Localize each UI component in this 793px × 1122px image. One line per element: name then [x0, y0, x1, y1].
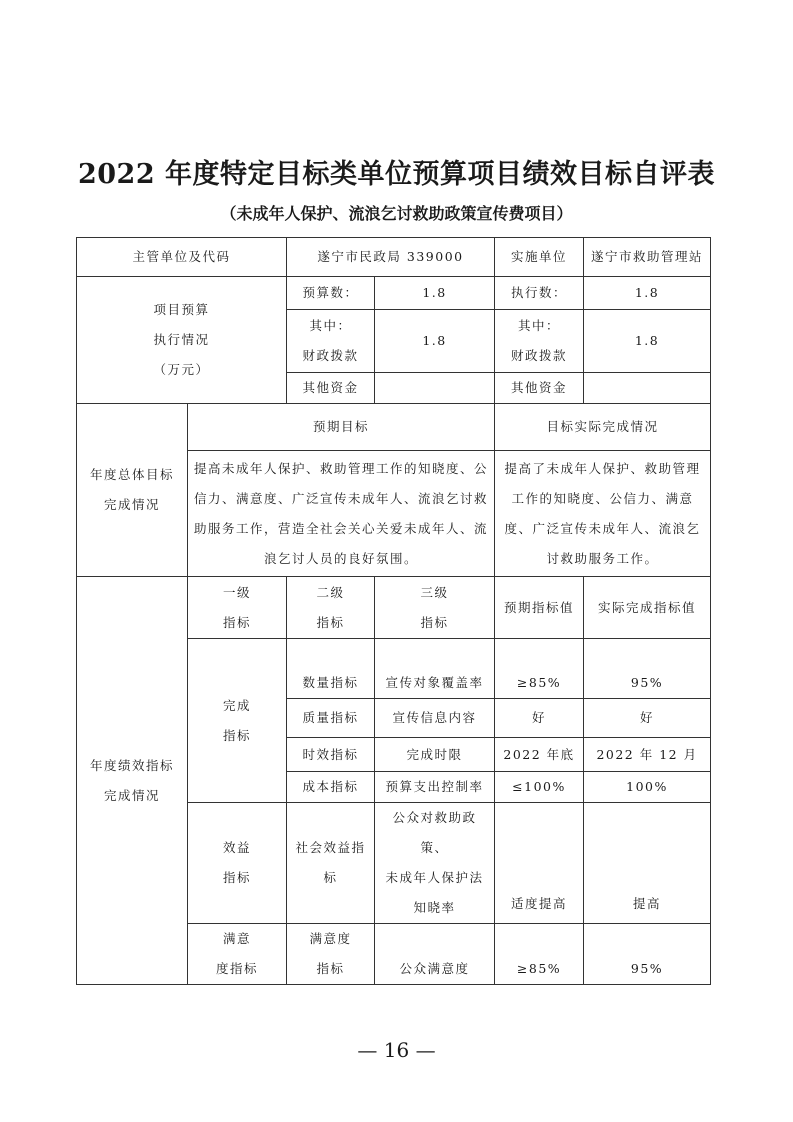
level3-cell: 公众满意度 [375, 924, 495, 985]
level2-line: 标 [291, 863, 370, 893]
overall-goal-label-line: 年度总体目标 [81, 460, 183, 490]
other-budget-label: 其他资金 [287, 373, 375, 404]
header-line: 指标 [379, 608, 490, 638]
level1-satisfaction: 满意 度指标 [188, 924, 287, 985]
level1-line: 满意 [192, 924, 282, 954]
expected-cell: 好 [495, 699, 584, 738]
document-subtitle: （未成年人保护、流浪乞讨救助政策宣传费项目） [0, 201, 793, 224]
header-line: 一级 [192, 578, 282, 608]
expected-cell: ≥85% [495, 639, 584, 699]
level3-cell: 预算支出控制率 [375, 772, 495, 803]
level2-line: 社会效益指 [291, 833, 370, 863]
impl-value: 遂宁市救助管理站 [584, 238, 711, 277]
actual-cell: 100% [584, 772, 711, 803]
level3-cell: 公众对救助政策、 未成年人保护法 知晓率 [375, 803, 495, 924]
level1-line: 效益 [192, 833, 282, 863]
fiscal-budget-value: 1.8 [375, 310, 495, 373]
budget-amount-value: 1.8 [375, 277, 495, 310]
header-line: 二级 [291, 578, 370, 608]
expected-cell: 2022 年底 [495, 738, 584, 772]
exec-amount-label: 执行数： [495, 277, 584, 310]
indicator-header-row: 年度绩效指标 完成情况 一级 指标 二级 指标 三级 指标 预期指标值 实际完成… [77, 577, 711, 639]
level1-line: 指标 [192, 863, 282, 893]
level3-line: 公众对救助政策、 [379, 803, 490, 863]
budget-label-line: 执行情况 [81, 325, 282, 355]
overall-goal-label: 年度总体目标 完成情况 [77, 404, 188, 577]
expected-cell: 适度提高 [495, 803, 584, 924]
level2-cell: 数量指标 [287, 639, 375, 699]
header-line: 三级 [379, 578, 490, 608]
level2-cell: 满意度 指标 [287, 924, 375, 985]
fiscal-exec-value: 1.8 [584, 310, 711, 373]
budget-label: 项目预算 执行情况 （万元） [77, 277, 287, 404]
level3-cell: 宣传对象覆盖率 [375, 639, 495, 699]
level3-cell: 完成时限 [375, 738, 495, 772]
header-line: 指标 [291, 608, 370, 638]
actual-goal-text: 提高了未成年人保护、救助管理工作的知晓度、公信力、满意度、广泛宣传未成年人、流浪… [495, 451, 711, 577]
level1-header: 一级 指标 [188, 577, 287, 639]
fiscal-label-line: 其中： [291, 311, 370, 341]
actual-value-header: 实际完成指标值 [584, 577, 711, 639]
actual-cell: 提高 [584, 803, 711, 924]
budget-amount-label: 预算数： [287, 277, 375, 310]
level3-line: 知晓率 [379, 893, 490, 923]
level2-line: 满意度 [291, 924, 370, 954]
self-evaluation-table: 主管单位及代码 遂宁市民政局 339000 实施单位 遂宁市救助管理站 项目预算… [76, 237, 711, 985]
budget-label-line: 项目预算 [81, 295, 282, 325]
level3-line: 未成年人保护法 [379, 863, 490, 893]
actual-goal-header: 目标实际完成情况 [495, 404, 711, 451]
expected-goal-header: 预期目标 [188, 404, 495, 451]
header-line: 指标 [192, 608, 282, 638]
other-exec-label: 其他资金 [495, 373, 584, 404]
level1-line: 完成 [192, 691, 282, 721]
level3-cell: 宣传信息内容 [375, 699, 495, 738]
level2-cell: 社会效益指 标 [287, 803, 375, 924]
budget-row: 项目预算 执行情况 （万元） 预算数： 1.8 执行数： 1.8 [77, 277, 711, 310]
performance-label: 年度绩效指标 完成情况 [77, 577, 188, 985]
performance-label-line: 年度绩效指标 [81, 751, 183, 781]
exec-amount-value: 1.8 [584, 277, 711, 310]
level1-benefit: 效益 指标 [188, 803, 287, 924]
dept-label: 主管单位及代码 [77, 238, 287, 277]
level2-line: 指标 [291, 954, 370, 984]
actual-cell: 95% [584, 924, 711, 985]
level2-cell: 成本指标 [287, 772, 375, 803]
actual-cell: 95% [584, 639, 711, 699]
level3-header: 三级 指标 [375, 577, 495, 639]
fiscal-label-line: 财政拨款 [291, 341, 370, 371]
level2-cell: 时效指标 [287, 738, 375, 772]
level1-completion: 完成 指标 [188, 639, 287, 803]
header-row: 主管单位及代码 遂宁市民政局 339000 实施单位 遂宁市救助管理站 [77, 238, 711, 277]
level1-line: 度指标 [192, 954, 282, 984]
fiscal-exec-label: 其中： 财政拨款 [495, 310, 584, 373]
performance-label-line: 完成情况 [81, 781, 183, 811]
fiscal-label-line: 财政拨款 [499, 341, 579, 371]
expected-cell: ≥85% [495, 924, 584, 985]
page-number: — 16 — [0, 1038, 793, 1062]
fiscal-budget-label: 其中： 财政拨款 [287, 310, 375, 373]
budget-label-line: （万元） [81, 355, 282, 385]
actual-cell: 好 [584, 699, 711, 738]
dept-value: 遂宁市民政局 339000 [287, 238, 495, 277]
actual-cell: 2022 年 12 月 [584, 738, 711, 772]
fiscal-label-line: 其中： [499, 311, 579, 341]
level1-line: 指标 [192, 721, 282, 751]
level2-header: 二级 指标 [287, 577, 375, 639]
overall-goal-header-row: 年度总体目标 完成情况 预期目标 目标实际完成情况 [77, 404, 711, 451]
impl-label: 实施单位 [495, 238, 584, 277]
other-budget-value [375, 373, 495, 404]
expected-goal-text: 提高未成年人保护、救助管理工作的知晓度、公信力、满意度、广泛宣传未成年人、流浪乞… [188, 451, 495, 577]
document-title: 2022 年度特定目标类单位预算项目绩效目标自评表 [0, 152, 793, 191]
overall-goal-label-line: 完成情况 [81, 490, 183, 520]
expected-cell: ≤100% [495, 772, 584, 803]
level2-cell: 质量指标 [287, 699, 375, 738]
other-exec-value [584, 373, 711, 404]
expected-value-header: 预期指标值 [495, 577, 584, 639]
